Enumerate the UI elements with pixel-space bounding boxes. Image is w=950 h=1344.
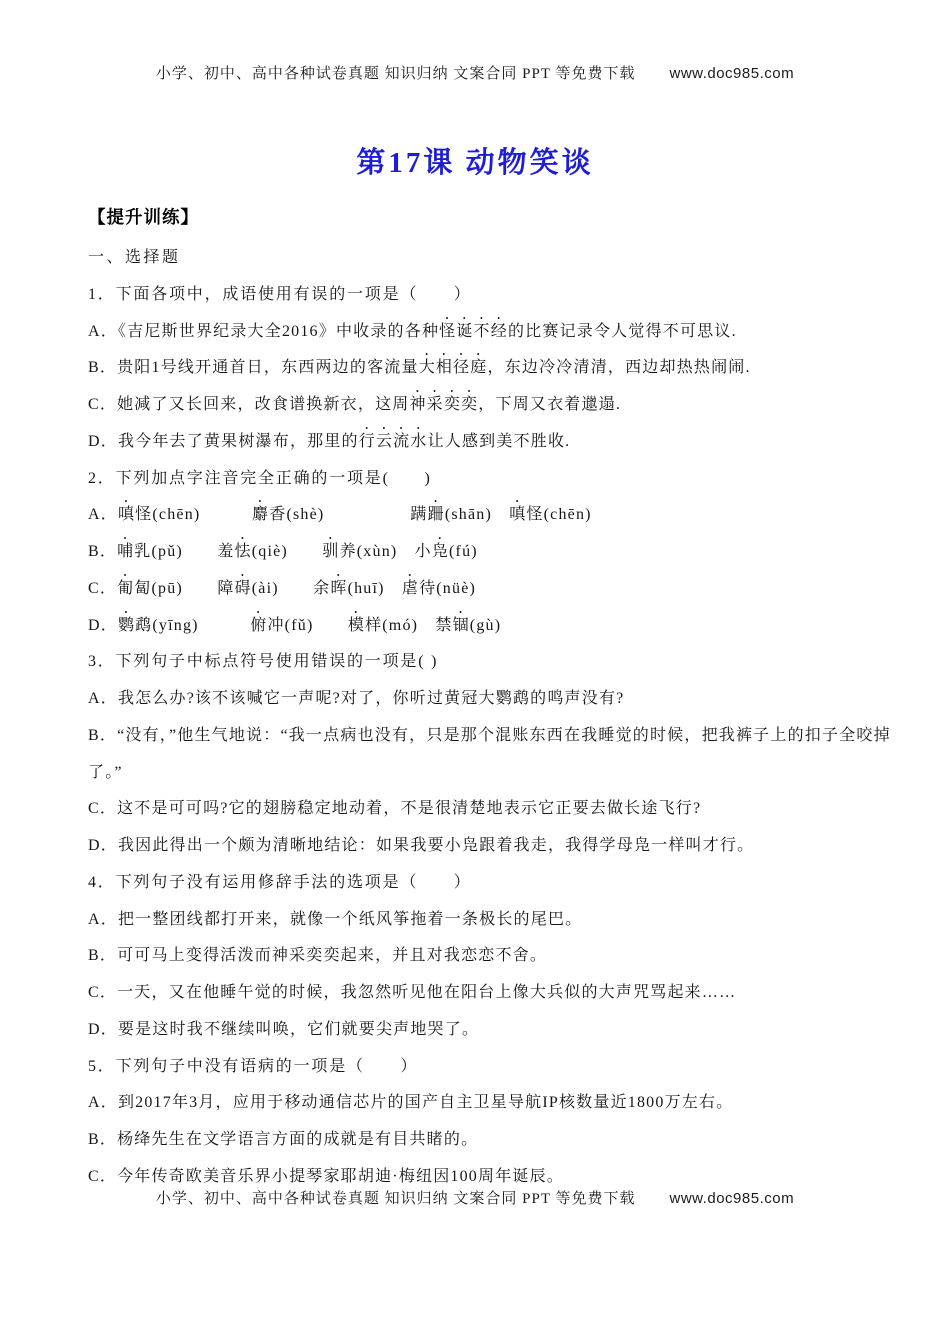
option-line: C．她减了又长回来，改食谱换新衣，这周神采奕奕，下周又衣着邋遢. xyxy=(88,387,908,424)
emphasized-text: 怯 xyxy=(235,543,252,560)
text-segment: D．要是这时我不继续叫唤，它们就要尖声地哭了。 xyxy=(88,1021,479,1038)
emphasized-text: 麝 xyxy=(252,506,269,523)
question-stem: 2．下列加点字注音完全正确的一项是( ) xyxy=(88,461,908,498)
text-segment: (fú) xyxy=(449,543,478,560)
text-segment: (ài) 余 xyxy=(252,580,331,597)
text-segment: C．这不是可可吗?它的翅膀稳定地动着，不是很清楚地表示它正要去做长途飞行? xyxy=(88,800,701,817)
text-segment: (huī) xyxy=(348,580,402,597)
question-stem: 5．下列句子中没有语病的一项是（ ） xyxy=(88,1049,908,1086)
text-segment: 5．下列句子中没有语病的一项是（ ） xyxy=(88,1058,418,1075)
text-segment: 香(shè) 蹒 xyxy=(269,506,427,523)
text-segment: B．杨绛先生在文学语言方面的成就是有目共睹的。 xyxy=(88,1131,478,1148)
text-segment: A． xyxy=(88,506,118,523)
option-line: A．《吉尼斯世界纪录大全2016》中收录的各种怪诞不经的比赛记录令人觉得不可思议… xyxy=(88,314,908,351)
text-segment: (qiè) xyxy=(252,543,323,560)
page-footer: 小学、初中、高中各种试卷真题 知识归纳 文案合同 PPT 等免费下载www.do… xyxy=(0,1187,950,1208)
option-line: A．到2017年3月，应用于移动通信芯片的国产自主卫星导航IP核数量近1800万… xyxy=(88,1085,908,1122)
emphasized-text: 碍 xyxy=(235,580,252,597)
option-line: B．杨绛先生在文学语言方面的成就是有目共睹的。 xyxy=(88,1122,908,1159)
text-segment: 待(nüè) xyxy=(419,580,476,597)
emphasized-text: 怪诞不经 xyxy=(439,323,508,340)
emphasized-text: 晖 xyxy=(330,580,347,597)
option-line: C．匍匐(pū) 障碍(ài) 余晖(huī) 虐待(nüè) xyxy=(88,571,908,608)
text-segment: B． xyxy=(88,543,117,560)
text-segment: D．我今年去了黄果树瀑布，那里的 xyxy=(88,433,359,450)
part-heading: 一、选择题 xyxy=(88,240,908,277)
text-segment: ，下周又衣着邋遢. xyxy=(478,396,621,413)
emphasized-text: 俯 xyxy=(250,617,267,634)
emphasized-text: 鹦 xyxy=(118,617,135,634)
option-line: A．嗔怪(chēn) 麝香(shè) 蹒跚(shān) 嗔怪(chēn) xyxy=(88,497,908,534)
page-title: 第17课 动物笑谈 xyxy=(0,140,950,181)
option-line: B．哺乳(pǔ) 羞怯(qiè) 驯养(xùn) 小凫(fú) xyxy=(88,534,908,571)
question-stem: 3．下列句子中标点符号使用错误的一项是( ) xyxy=(88,644,908,681)
text-segment: ，东边冷冷清清，西边却热热闹闹. xyxy=(488,359,751,376)
text-segment: A．我怎么办?该不该喊它一声呢?对了，你听过黄冠大鹦鹉的鸣声没有? xyxy=(88,690,624,707)
text-segment: A．把一整团线都打开来，就像一个纸风筝拖着一条极长的尾巴。 xyxy=(88,911,582,928)
emphasized-text: 凫 xyxy=(432,543,449,560)
text-segment: 匐(pū) 障 xyxy=(134,580,234,597)
option-line: A．我怎么办?该不该喊它一声呢?对了，你听过黄冠大鹦鹉的鸣声没有? xyxy=(88,681,908,718)
text-segment: 养(xùn) 小 xyxy=(340,543,432,560)
emphasized-text: 模 xyxy=(348,617,365,634)
text-segment: C．一天，又在他睡午觉的时候，我忽然听见他在阳台上像大兵似的大声咒骂起来…… xyxy=(88,984,736,1001)
question-stem: 4．下列句子没有运用修辞手法的选项是（ ） xyxy=(88,865,908,902)
text-segment: 冲(fǔ) xyxy=(267,617,347,634)
text-segment: 让人感到美不胜收. xyxy=(428,433,571,450)
header-text: 小学、初中、高中各种试卷真题 知识归纳 文案合同 PPT 等免费下载 xyxy=(156,66,636,82)
option-line: D．我今年去了黄果树瀑布，那里的行云流水让人感到美不胜收. xyxy=(88,424,908,461)
text-segment: 鹉(yīng) xyxy=(135,617,250,634)
emphasized-text: 大相径庭 xyxy=(419,359,488,376)
option-line: D．要是这时我不继续叫唤，它们就要尖声地哭了。 xyxy=(88,1012,908,1049)
text-segment: C．今年传奇欧美音乐界小提琴家耶胡迪·梅纽因100周年诞辰。 xyxy=(88,1168,564,1185)
text-segment: B．贵阳1号线开通首日，东西两边的客流量 xyxy=(88,359,419,376)
emphasized-text: 嗔 xyxy=(118,506,135,523)
option-line: D．鹦鹉(yīng) 俯冲(fǔ) 模样(mó) 禁锢(gù) xyxy=(88,608,908,645)
emphasized-text: 锢 xyxy=(453,617,470,634)
option-line: A．把一整团线都打开来，就像一个纸风筝拖着一条极长的尾巴。 xyxy=(88,902,908,939)
emphasized-text: 驯 xyxy=(322,543,339,560)
text-segment: 样(mó) 禁 xyxy=(365,617,453,634)
question-list: 一、选择题1．下面各项中，成语使用有误的一项是（ ）A．《吉尼斯世界纪录大全20… xyxy=(88,240,908,1196)
text-segment: A．《吉尼斯世界纪录大全2016》中收录的各种 xyxy=(88,323,439,340)
worksheet-page: 小学、初中、高中各种试卷真题 知识归纳 文案合同 PPT 等免费下载www.do… xyxy=(0,0,950,1344)
text-segment: D．我因此得出一个颇为清晰地结论：如果我要小凫跟着我走，我得学母凫一样叫才行。 xyxy=(88,837,754,854)
question-stem: 1．下面各项中，成语使用有误的一项是（ ） xyxy=(88,277,908,314)
footer-text: 小学、初中、高中各种试卷真题 知识归纳 文案合同 PPT 等免费下载 xyxy=(156,1191,636,1207)
text-segment: A．到2017年3月，应用于移动通信芯片的国产自主卫星导航IP核数量近1800万… xyxy=(88,1094,733,1111)
text-segment: D． xyxy=(88,617,118,634)
emphasized-text: 跚 xyxy=(428,506,445,523)
emphasized-text: 行云流水 xyxy=(359,433,428,450)
footer-site-url: www.doc985.com xyxy=(670,1190,795,1207)
text-segment: B．“没有，”他生气地说：“我一点病也没有，只是那个混账东西在我睡觉的时候，把我… xyxy=(88,727,891,781)
option-line: C．这不是可可吗?它的翅膀稳定地动着，不是很清楚地表示它正要去做长途飞行? xyxy=(88,791,908,828)
emphasized-text: 嗔 xyxy=(509,506,526,523)
emphasized-text: 哺 xyxy=(117,543,134,560)
section-heading: 【提升训练】 xyxy=(88,204,199,229)
text-segment: 乳(pǔ) 羞 xyxy=(134,543,234,560)
header-site-url: www.doc985.com xyxy=(670,65,795,82)
option-line: B．可可马上变得活泼而神采奕奕起来，并且对我恋恋不舍。 xyxy=(88,938,908,975)
option-line: D．我因此得出一个颇为清晰地结论：如果我要小凫跟着我走，我得学母凫一样叫才行。 xyxy=(88,828,908,865)
text-segment: 怪(chēn) xyxy=(526,506,591,523)
text-segment: 怪(chēn) xyxy=(135,506,252,523)
option-line: B．贵阳1号线开通首日，东西两边的客流量大相径庭，东边冷冷清清，西边却热热闹闹. xyxy=(88,350,908,387)
text-segment: C．她减了又长回来，改食谱换新衣，这周 xyxy=(88,396,409,413)
text-segment: (shān) xyxy=(445,506,509,523)
text-segment: 1．下面各项中，成语使用有误的一项是（ ） xyxy=(88,286,472,303)
emphasized-text: 匍 xyxy=(117,580,134,597)
page-header: 小学、初中、高中各种试卷真题 知识归纳 文案合同 PPT 等免费下载www.do… xyxy=(0,62,950,83)
text-segment: C． xyxy=(88,580,117,597)
text-segment: B．可可马上变得活泼而神采奕奕起来，并且对我恋恋不舍。 xyxy=(88,947,547,964)
option-line: C．一天，又在他睡午觉的时候，我忽然听见他在阳台上像大兵似的大声咒骂起来…… xyxy=(88,975,908,1012)
text-segment: (gù) xyxy=(470,617,501,634)
emphasized-text: 神采奕奕 xyxy=(409,396,478,413)
text-segment: 的比赛记录令人觉得不可思议. xyxy=(508,323,737,340)
text-segment: 3．下列句子中标点符号使用错误的一项是( ) xyxy=(88,653,438,670)
text-segment: 4．下列句子没有运用修辞手法的选项是（ ） xyxy=(88,874,472,891)
option-line: B．“没有，”他生气地说：“我一点病也没有，只是那个混账东西在我睡觉的时候，把我… xyxy=(88,718,908,792)
text-segment: 2．下列加点字注音完全正确的一项是( ) xyxy=(88,470,432,487)
emphasized-text: 虐 xyxy=(402,580,419,597)
text-segment: 一、选择题 xyxy=(88,249,181,266)
